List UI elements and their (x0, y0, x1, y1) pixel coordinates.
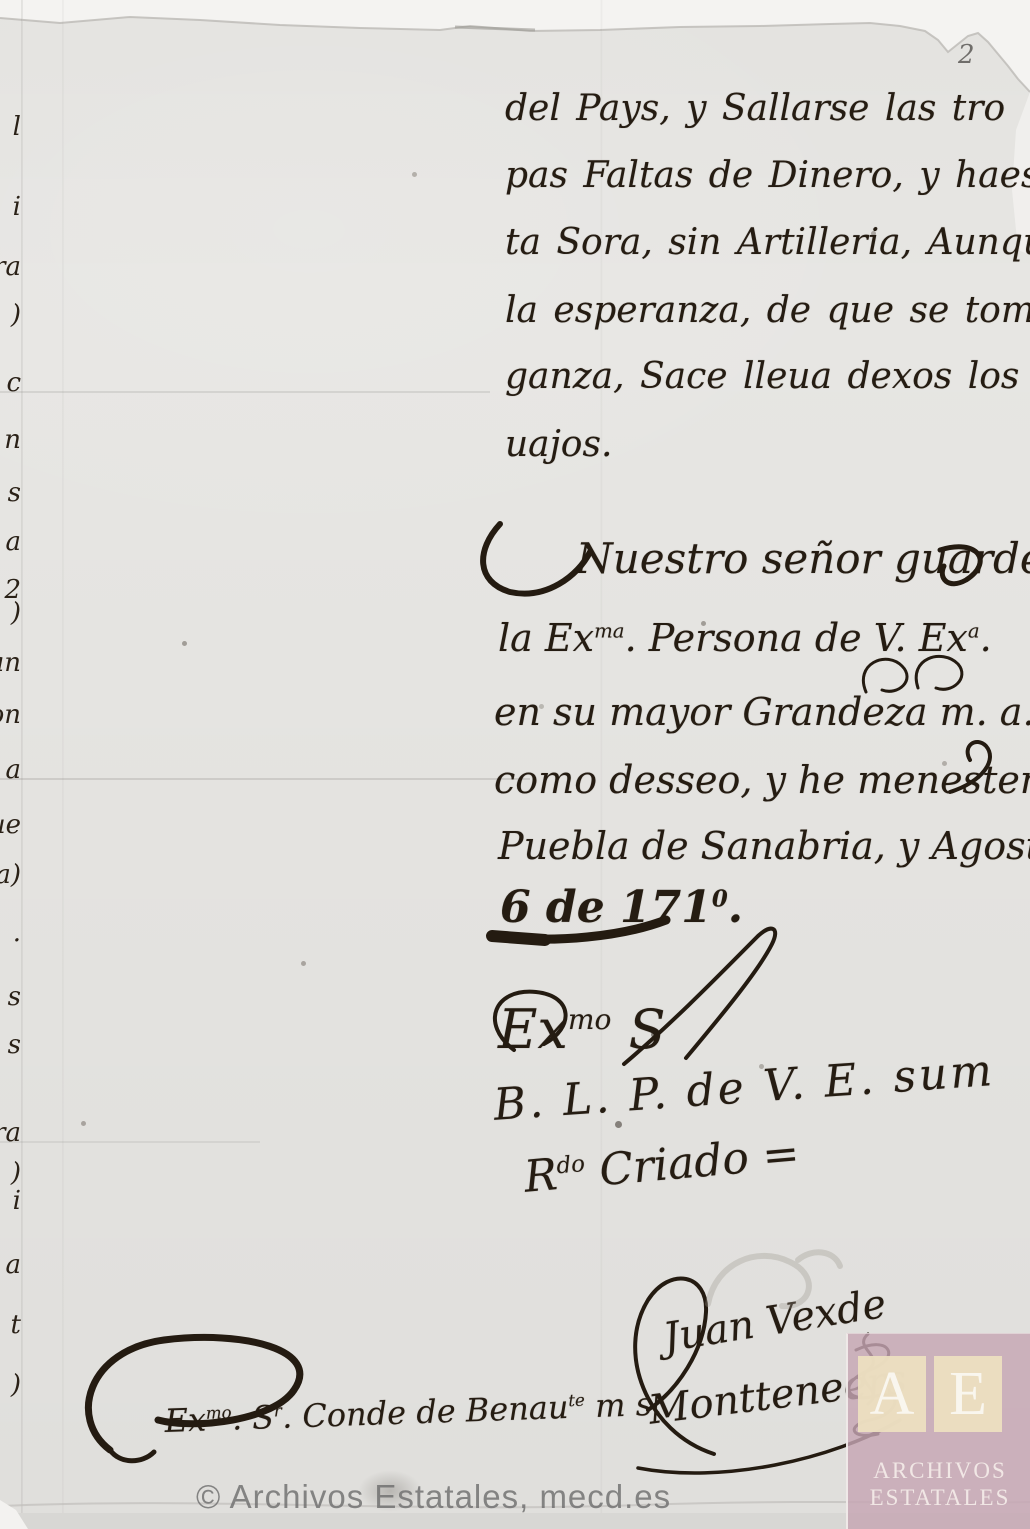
body-line-4: la esperanza, de que se tome Ber (505, 290, 1030, 331)
margin-fragment: a (5, 527, 21, 557)
manuscript-scan-page: lira)cnsa2)llanonauea).ssra)iat) 2 del P… (0, 0, 1030, 1529)
body-line-1: del Pays, y Sallarse las tro (505, 88, 1005, 129)
margin-fragment: n (4, 425, 21, 455)
archivos-estatales-logo: A E ARCHIVOS ESTATALES (846, 1333, 1030, 1529)
closing-line-puebla: Puebla de Sanabria, y Agosto (498, 824, 1030, 868)
logo-wordmark-line2: ESTATALES (848, 1485, 1030, 1511)
body-line-6: uajos. (505, 424, 612, 465)
closing-line-grandeza: en su mayor Grandeza m. a. (494, 690, 1030, 734)
margin-fragment: on (0, 700, 21, 730)
valediction-criado: Rdo Criado = (522, 1128, 801, 1203)
margin-fragment: ) (11, 598, 21, 628)
margin-fragment: i (13, 1186, 21, 1216)
margin-fragment: . (13, 918, 21, 948)
folio-number: 2 (958, 40, 975, 70)
margin-fragment: s (8, 478, 21, 508)
margin-fragment: ra (0, 252, 21, 282)
margin-fragment: c (6, 368, 21, 398)
margin-fragment: ) (11, 1370, 21, 1400)
body-line-2: pas Faltas de Dinero, y haes (505, 155, 1030, 196)
logo-tile-e: E (934, 1356, 1002, 1432)
margin-fragment: s (8, 1030, 21, 1060)
fold-crease-horizontal-1 (0, 391, 490, 393)
closing-line-persona: la Exma. Persona de V. Exa. (498, 616, 992, 660)
ink-specks (0, 0, 3, 3)
fold-crease-vertical-left (21, 0, 23, 1529)
margin-fragment: a (5, 1250, 21, 1280)
fold-crease-vertical-2 (62, 0, 64, 1529)
margin-fragment: l (13, 112, 21, 142)
margin-fragment: a) (0, 860, 21, 890)
date-line: 6 de 1710. (500, 882, 743, 933)
fold-crease-horizontal-2 (0, 778, 530, 780)
logo-initial-tiles: A E (858, 1356, 1002, 1432)
margin-fragment: ra (0, 1118, 21, 1148)
body-line-3: ta Sora, sin Artilleria, Aunque (505, 222, 1030, 263)
margin-fragment: ) (11, 1158, 21, 1188)
closing-line-desseo: como desseo, y he menester (494, 758, 1030, 802)
fold-crease-horizontal-3 (0, 1141, 260, 1143)
watermark-text: © Archivos Estatales, mecd.es (196, 1478, 671, 1516)
margin-fragment: ue (0, 810, 21, 840)
logo-tile-a: A (858, 1356, 926, 1432)
margin-fragment: s (8, 982, 21, 1012)
valediction-exmo: Exmo S (498, 998, 666, 1061)
margin-fragment: t (11, 1310, 21, 1340)
address-line: Exmo. Sr. Conde de Benaute m s. (164, 1385, 663, 1440)
closing-line-guarde: Nuestro señor guarde (576, 534, 1030, 583)
logo-letter-a: A (870, 1359, 915, 1430)
margin-fragment: ) (11, 300, 21, 330)
body-line-5: ganza, Sace lleua dexos los tra (505, 356, 1030, 397)
logo-wordmark-line1: ARCHIVOS (848, 1458, 1030, 1484)
margin-fragment: i (13, 192, 21, 222)
logo-letter-e: E (949, 1359, 987, 1430)
margin-fragment: a (5, 755, 21, 785)
margin-fragment: llan (0, 648, 21, 678)
